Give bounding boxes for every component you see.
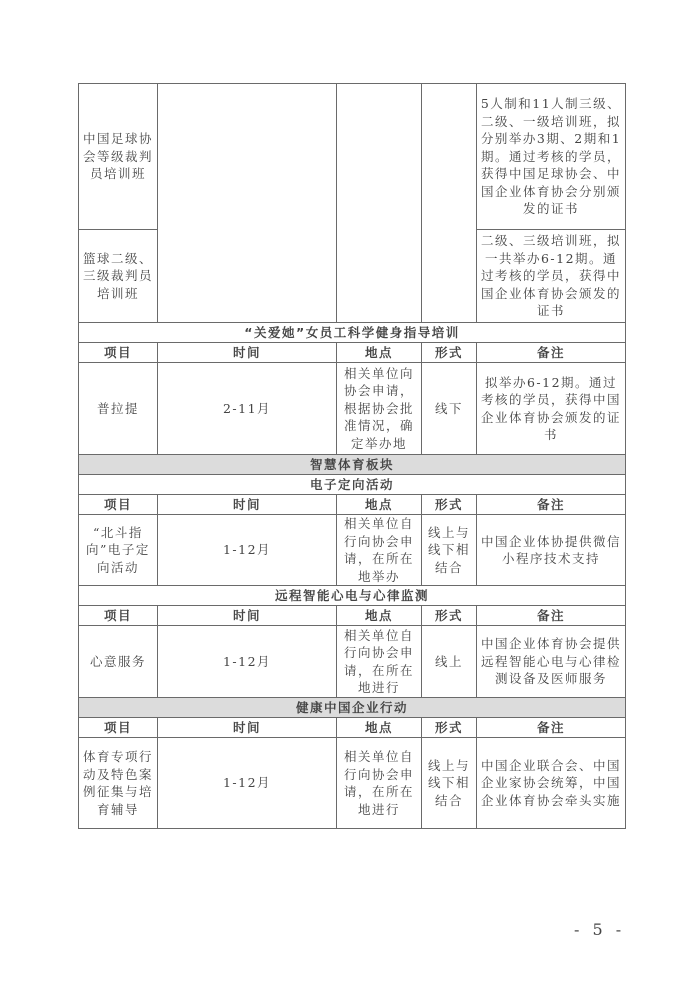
col-header-item: 项目 bbox=[79, 606, 158, 626]
column-header-row: 项目 时间 地点 形式 备注 bbox=[79, 495, 626, 515]
col-header-item: 项目 bbox=[79, 495, 158, 515]
location-cell: 相关单位自行向协会申请，在所在地进行 bbox=[337, 626, 422, 698]
column-header-row: 项目 时间 地点 形式 备注 bbox=[79, 343, 626, 363]
col-header-form: 形式 bbox=[422, 495, 477, 515]
subsection-title: 远程智能心电与心律监测 bbox=[79, 586, 626, 606]
form-cell bbox=[422, 84, 477, 323]
col-header-item: 项目 bbox=[79, 718, 158, 738]
table-row: “北斗指向”电子定向活动 1-12月 相关单位自行向协会申请，在所在地举办 线上… bbox=[79, 515, 626, 586]
column-header-row: 项目 时间 地点 形式 备注 bbox=[79, 718, 626, 738]
col-header-location: 地点 bbox=[337, 718, 422, 738]
subsection-title-row: 电子定向活动 bbox=[79, 475, 626, 495]
table-row: 体育专项行动及特色案例征集与培育辅导 1-12月 相关单位自行向协会申请，在所在… bbox=[79, 738, 626, 829]
time-cell: 1-12月 bbox=[158, 626, 337, 698]
col-header-location: 地点 bbox=[337, 495, 422, 515]
form-cell: 线下 bbox=[422, 363, 477, 455]
subsection-title: 电子定向活动 bbox=[79, 475, 626, 495]
section-title-row: “关爱她”女员工科学健身指导培训 bbox=[79, 323, 626, 343]
item-cell: 中国足球协会等级裁判员培训班 bbox=[79, 84, 158, 230]
col-header-note: 备注 bbox=[477, 343, 626, 363]
location-cell: 相关单位自行向协会申请，在所在地进行 bbox=[337, 738, 422, 829]
activity-table: 中国足球协会等级裁判员培训班 5人制和11人制三级、二级、一级培训班，拟分别举办… bbox=[78, 83, 626, 829]
block-title-row: 智慧体育板块 bbox=[79, 455, 626, 475]
note-cell: 中国企业体协提供微信小程序技术支持 bbox=[477, 515, 626, 586]
column-header-row: 项目 时间 地点 形式 备注 bbox=[79, 606, 626, 626]
page-number: - 5 - bbox=[574, 920, 625, 939]
col-header-item: 项目 bbox=[79, 343, 158, 363]
item-cell: 心意服务 bbox=[79, 626, 158, 698]
col-header-time: 时间 bbox=[158, 606, 337, 626]
item-cell: 普拉提 bbox=[79, 363, 158, 455]
note-cell: 中国企业联合会、中国企业家协会统筹，中国企业体育协会牵头实施 bbox=[477, 738, 626, 829]
time-cell: 1-12月 bbox=[158, 515, 337, 586]
col-header-time: 时间 bbox=[158, 495, 337, 515]
note-cell: 拟举办6-12期。通过考核的学员，获得中国企业体育协会颁发的证书 bbox=[477, 363, 626, 455]
note-cell: 中国企业体育协会提供远程智能心电与心律检测设备及医师服务 bbox=[477, 626, 626, 698]
table-row: 普拉提 2-11月 相关单位向协会申请，根据协会批准情况，确定举办地 线下 拟举… bbox=[79, 363, 626, 455]
time-cell: 2-11月 bbox=[158, 363, 337, 455]
location-cell bbox=[337, 84, 422, 323]
form-cell: 线上与线下相结合 bbox=[422, 515, 477, 586]
table-row: 心意服务 1-12月 相关单位自行向协会申请，在所在地进行 线上 中国企业体育协… bbox=[79, 626, 626, 698]
section-title: “关爱她”女员工科学健身指导培训 bbox=[79, 323, 626, 343]
subsection-title-row: 远程智能心电与心律监测 bbox=[79, 586, 626, 606]
time-cell bbox=[158, 84, 337, 323]
col-header-time: 时间 bbox=[158, 343, 337, 363]
col-header-location: 地点 bbox=[337, 343, 422, 363]
item-cell: 体育专项行动及特色案例征集与培育辅导 bbox=[79, 738, 158, 829]
item-cell: 篮球二级、三级裁判员培训班 bbox=[79, 230, 158, 323]
form-cell: 线上 bbox=[422, 626, 477, 698]
col-header-note: 备注 bbox=[477, 495, 626, 515]
col-header-location: 地点 bbox=[337, 606, 422, 626]
time-cell: 1-12月 bbox=[158, 738, 337, 829]
location-cell: 相关单位自行向协会申请，在所在地举办 bbox=[337, 515, 422, 586]
col-header-time: 时间 bbox=[158, 718, 337, 738]
location-cell: 相关单位向协会申请，根据协会批准情况，确定举办地 bbox=[337, 363, 422, 455]
block-title: 智慧体育板块 bbox=[79, 455, 626, 475]
block-title-row: 健康中国企业行动 bbox=[79, 698, 626, 718]
col-header-form: 形式 bbox=[422, 606, 477, 626]
item-cell: “北斗指向”电子定向活动 bbox=[79, 515, 158, 586]
form-cell: 线上与线下相结合 bbox=[422, 738, 477, 829]
col-header-form: 形式 bbox=[422, 718, 477, 738]
note-cell: 5人制和11人制三级、二级、一级培训班，拟分别举办3期、2期和1期。通过考核的学… bbox=[477, 84, 626, 230]
col-header-note: 备注 bbox=[477, 606, 626, 626]
table-row: 中国足球协会等级裁判员培训班 5人制和11人制三级、二级、一级培训班，拟分别举办… bbox=[79, 84, 626, 230]
col-header-note: 备注 bbox=[477, 718, 626, 738]
block-title: 健康中国企业行动 bbox=[79, 698, 626, 718]
col-header-form: 形式 bbox=[422, 343, 477, 363]
note-cell: 二级、三级培训班，拟一共举办6-12期。通过考核的学员，获得中国企业体育协会颁发… bbox=[477, 230, 626, 323]
